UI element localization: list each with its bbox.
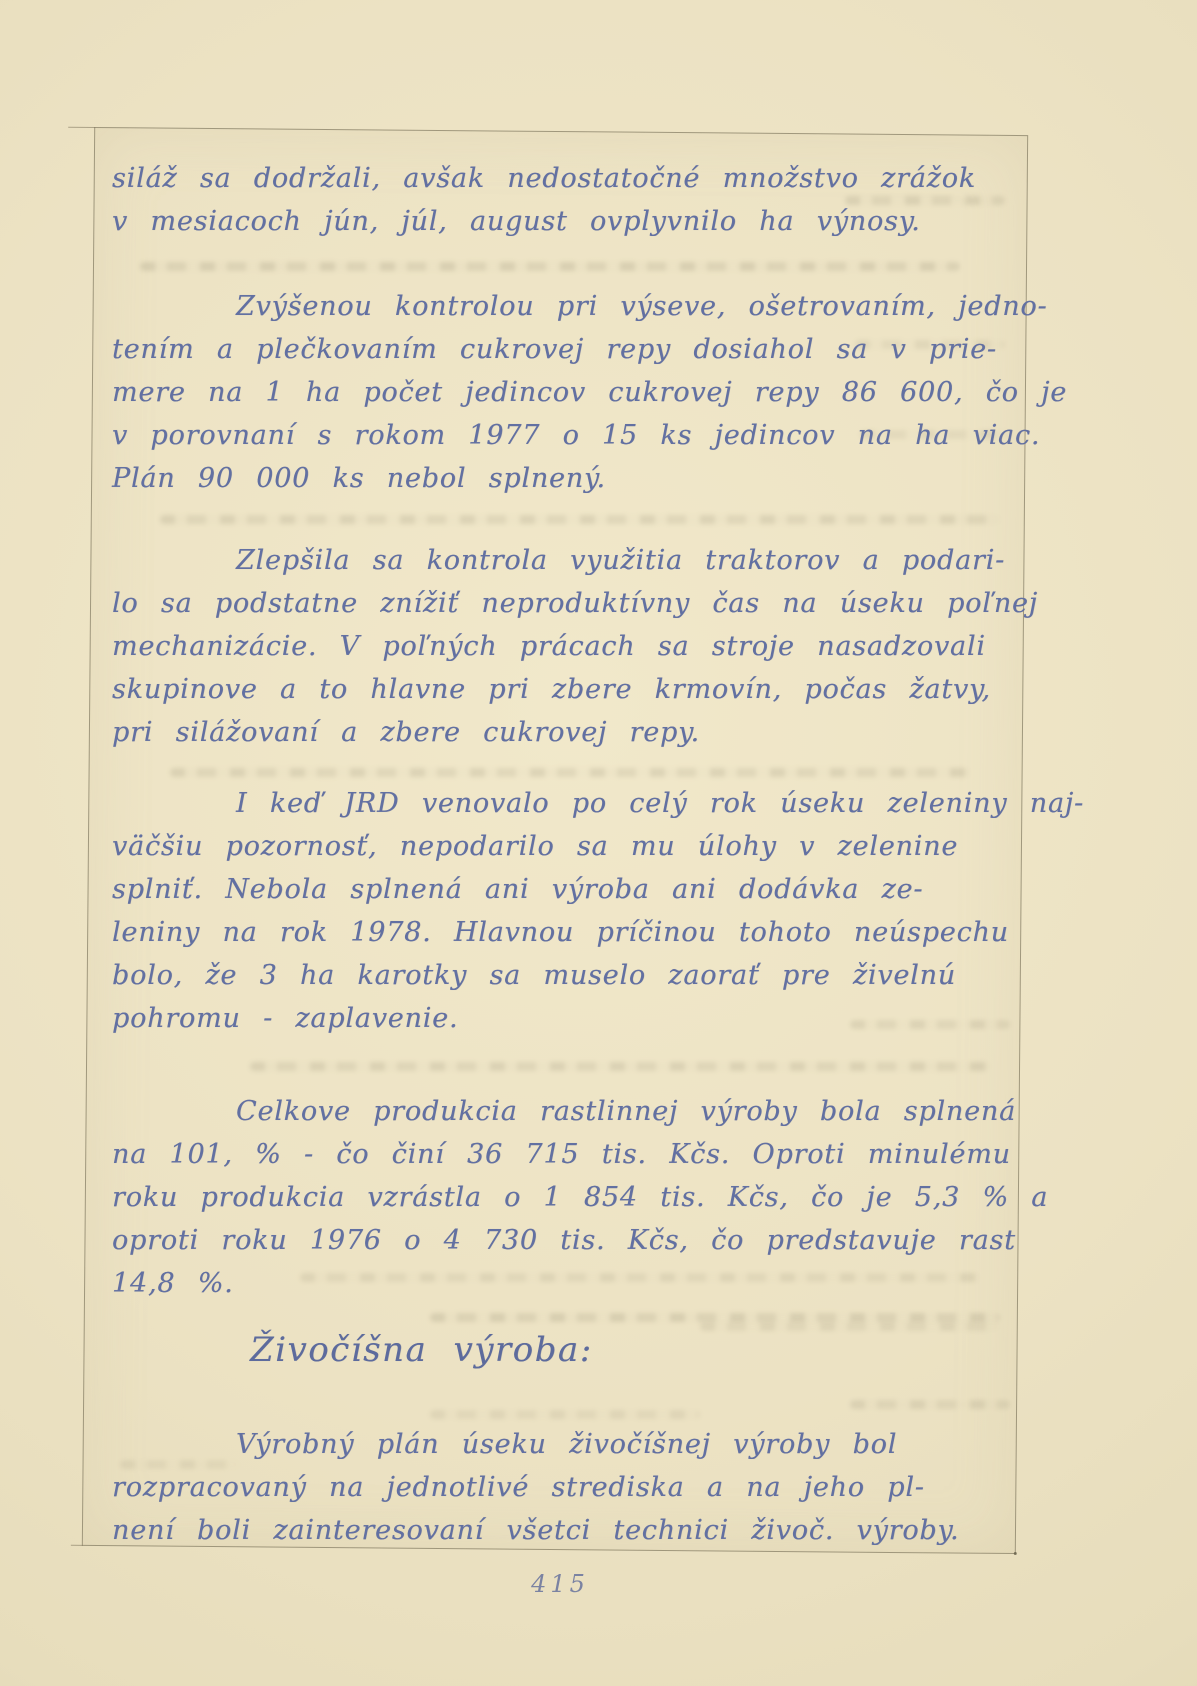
handwritten-line: I keď JRD venovalo po celý rok úseku zel… bbox=[112, 782, 1017, 825]
handwritten-line: lo sa podstatne znížiť neproduktívny čas… bbox=[112, 582, 1017, 625]
bleed-through-mark bbox=[170, 768, 970, 777]
bleed-through-mark bbox=[700, 1322, 1000, 1331]
section-heading: Živočíšna výroba: bbox=[250, 1330, 593, 1370]
border-tick-top-left bbox=[68, 127, 95, 128]
page-number: 415 bbox=[500, 1570, 620, 1598]
handwritten-line: Plán 90 000 ks nebol splnený. bbox=[112, 457, 1017, 500]
handwritten-line: mechanizácie. V poľných prácach sa stroj… bbox=[112, 625, 1017, 668]
bleed-through-mark bbox=[250, 1062, 990, 1071]
bleed-through-mark bbox=[160, 515, 1000, 524]
handwritten-line: Zlepšila sa kontrola využitia traktorov … bbox=[112, 539, 1017, 582]
handwritten-line: skupinove a to hlavne pri zbere krmovín,… bbox=[112, 668, 1017, 711]
handwritten-line: Výrobný plán úseku živočíšnej výroby bol bbox=[112, 1424, 1017, 1467]
paragraph-3: Zlepšila sa kontrola využitia traktorov … bbox=[112, 539, 1017, 754]
bleed-through-mark bbox=[430, 1410, 700, 1419]
handwritten-line: pri silážovaní a zbere cukrovej repy. bbox=[112, 711, 1017, 754]
bleed-through-mark bbox=[430, 1313, 1000, 1322]
handwritten-line: 14,8 %. bbox=[112, 1262, 1017, 1305]
scanned-chronicle-page: siláž sa dodržali, avšak nedostatočné mn… bbox=[0, 0, 1197, 1686]
handwritten-line: mere na 1 ha počet jedincov cukrovej rep… bbox=[112, 371, 1017, 414]
handwritten-line: oproti roku 1976 o 4 730 tis. Kčs, čo pr… bbox=[112, 1219, 1017, 1262]
handwritten-line: väčšiu pozornosť, nepodarilo sa mu úlohy… bbox=[112, 825, 1017, 868]
paragraph-1: siláž sa dodržali, avšak nedostatočné mn… bbox=[112, 157, 1017, 243]
border-tick-bottom-left bbox=[71, 1545, 83, 1546]
handwritten-line: na 101, % - čo činí 36 715 tis. Kčs. Opr… bbox=[112, 1133, 1017, 1176]
paragraph-2: Zvýšenou kontrolou pri výseve, ošetrovan… bbox=[112, 285, 1017, 500]
handwritten-line: pohromu - zaplavenie. bbox=[112, 997, 1017, 1040]
handwritten-line: leniny na rok 1978. Hlavnou príčinou toh… bbox=[112, 911, 1017, 954]
bleed-through-mark bbox=[140, 262, 960, 271]
handwritten-line: Zvýšenou kontrolou pri výseve, ošetrovan… bbox=[112, 285, 1017, 328]
handwritten-line: Celkove produkcia rastlinnej výroby bola… bbox=[112, 1090, 1017, 1133]
paragraph-4: I keď JRD venovalo po celý rok úseku zel… bbox=[112, 782, 1017, 1040]
handwritten-line: splniť. Nebola splnená ani výroba ani do… bbox=[112, 868, 1017, 911]
handwritten-line: není boli zainteresovaní všetci technici… bbox=[112, 1510, 1017, 1553]
bleed-through-mark bbox=[850, 1400, 1010, 1409]
handwritten-line: siláž sa dodržali, avšak nedostatočné mn… bbox=[112, 157, 1017, 200]
handwritten-line: tením a plečkovaním cukrovej repy dosiah… bbox=[112, 328, 1017, 371]
handwritten-line: roku produkcia vzrástla o 1 854 tis. Kčs… bbox=[112, 1176, 1017, 1219]
handwritten-line: v mesiacoch jún, júl, august ovplyvnilo … bbox=[112, 200, 1017, 243]
handwritten-line: bolo, že 3 ha karotky sa muselo zaorať p… bbox=[112, 954, 1017, 997]
handwritten-line: rozpracovaný na jednotlivé strediska a n… bbox=[112, 1467, 1017, 1510]
handwritten-line: v porovnaní s rokom 1977 o 15 ks jedinco… bbox=[112, 414, 1017, 457]
paragraph-5: Celkove produkcia rastlinnej výroby bola… bbox=[112, 1090, 1017, 1305]
paragraph-6: Výrobný plán úseku živočíšnej výroby bol… bbox=[112, 1424, 1017, 1553]
